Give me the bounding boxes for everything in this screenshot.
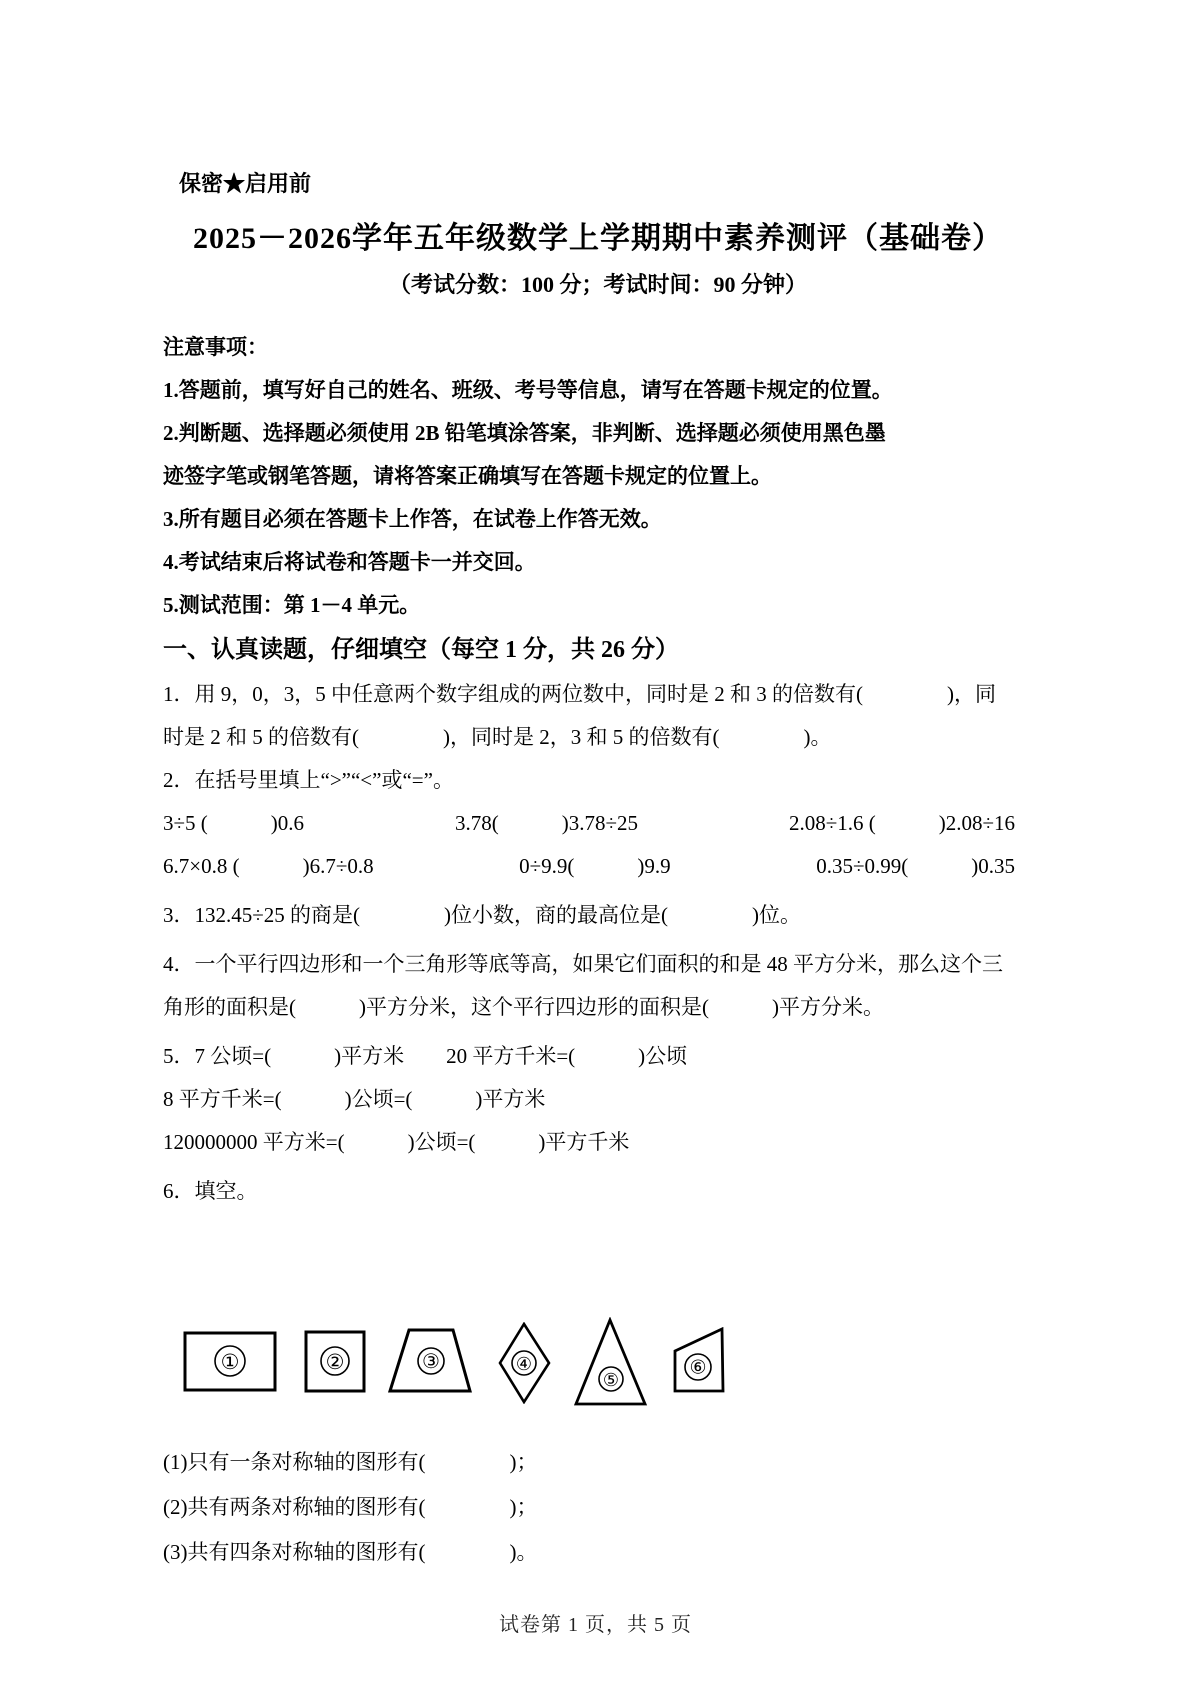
notice-line-4: 4.考试结束后将试卷和答题卡一并交回。 (163, 541, 1033, 584)
shape-rectangle: ① (183, 1331, 277, 1392)
q5-line2: 8 平方千米=( )公顷=( )平方米 (163, 1078, 1033, 1121)
q6-sub1: (1)只有一条对称轴的图形有( )； (163, 1440, 1033, 1485)
q2-row1-item1: 3÷5 ( )0.6 (163, 802, 304, 845)
shape-6-label: ⑥ (689, 1358, 706, 1379)
section-1-heading: 一、认真读题，仔细填空（每空 1 分，共 26 分） (163, 627, 1033, 673)
question-2: 2．在括号里填上“>”“<”或“=”。 3÷5 ( )0.6 3.78( )3.… (163, 759, 1033, 888)
q6-sub3: (3)共有四条对称轴的图形有( )。 (163, 1530, 1033, 1575)
q6-subquestions: (1)只有一条对称轴的图形有( )； (2)共有两条对称轴的图形有( )； (3… (163, 1440, 1033, 1575)
q1-line2: 时是 2 和 5 的倍数有( )，同时是 2，3 和 5 的倍数有( )。 (163, 716, 1033, 759)
shape-rhombus: ④ (498, 1322, 551, 1404)
q4-line2: 角形的面积是( )平方分米，这个平行四边形的面积是( )平方分米。 (163, 986, 1033, 1029)
notice-line-2: 2.判断题、选择题必须使用 2B 铅笔填涂答案，非判断、选择题必须使用黑色墨 (163, 412, 1033, 455)
notice-section: 注意事项： 1.答题前，填写好自己的姓名、班级、考号等信息，请写在答题卡规定的位… (163, 326, 1033, 627)
shape-4-label: ④ (516, 1354, 532, 1374)
question-6: 6．填空。 ① ② ③ (163, 1170, 1033, 1575)
question-5: 5．7 公顷=( )平方米 20 平方千米=( )公顷 8 平方千米=( )公顷… (163, 1035, 1033, 1164)
shape-1-label: ① (221, 1350, 240, 1374)
q4-line1: 4．一个平行四边形和一个三角形等底等高，如果它们面积的和是 48 平方分米，那么… (163, 943, 1033, 986)
q2-row2-item1: 6.7×0.8 ( )6.7÷0.8 (163, 845, 374, 888)
q2-row1-item3: 2.08÷1.6 ( )2.08÷16 (789, 802, 1015, 845)
shape-5-label: ⑤ (603, 1370, 619, 1390)
q5-line3: 120000000 平方米=( )公顷=( )平方千米 (163, 1121, 1033, 1164)
exam-subtitle: （考试分数：100 分；考试时间：90 分钟） (163, 268, 1033, 302)
page-footer: 试卷第 1 页，共 5 页 (0, 1608, 1191, 1637)
shape-quadrilateral: ⑥ (673, 1327, 726, 1394)
q1-line1: 1．用 9，0，3，5 中任意两个数字组成的两位数中，同时是 2 和 3 的倍数… (163, 673, 1033, 716)
q2-row1: 3÷5 ( )0.6 3.78( )3.78÷25 2.08÷1.6 ( )2.… (163, 802, 1015, 845)
exam-page: 保密★启用前 2025－2026学年五年级数学上学期期中素养测评（基础卷） （考… (0, 0, 1191, 1684)
notice-line-5: 5.测试范围：第 1－4 单元。 (163, 584, 1033, 627)
exam-title: 2025－2026学年五年级数学上学期期中素养测评（基础卷） (163, 218, 1033, 260)
notice-heading: 注意事项： (163, 326, 1033, 369)
notice-line-1: 1.答题前，填写好自己的姓名、班级、考号等信息，请写在答题卡规定的位置。 (163, 369, 1033, 412)
q6-label: 6．填空。 (163, 1170, 1033, 1213)
shape-2-label: ② (326, 1350, 345, 1374)
q6-sub2: (2)共有两条对称轴的图形有( )； (163, 1485, 1033, 1530)
question-3: 3．132.45÷25 的商是( )位小数，商的最高位是( )位。 (163, 894, 1033, 937)
shape-square: ② (304, 1330, 366, 1393)
q3-line: 3．132.45÷25 的商是( )位小数，商的最高位是( )位。 (163, 894, 1033, 937)
q2-row1-item2: 3.78( )3.78÷25 (455, 802, 638, 845)
question-1: 1．用 9，0，3，5 中任意两个数字组成的两位数中，同时是 2 和 3 的倍数… (163, 673, 1033, 759)
q2-row2-item2: 0÷9.9( )9.9 (519, 845, 671, 888)
question-4: 4．一个平行四边形和一个三角形等底等高，如果它们面积的和是 48 平方分米，那么… (163, 943, 1033, 1029)
q6-shapes-figure: ① ② ③ (163, 1317, 1033, 1412)
q5-line1: 5．7 公顷=( )平方米 20 平方千米=( )公顷 (163, 1035, 1033, 1078)
shape-trapezoid: ③ (388, 1328, 473, 1394)
shape-triangle: ⑤ (573, 1317, 648, 1407)
notice-line-3: 3.所有题目必须在答题卡上作答，在试卷上作答无效。 (163, 498, 1033, 541)
classified-label: 保密★启用前 (179, 172, 1033, 196)
q2-row2: 6.7×0.8 ( )6.7÷0.8 0÷9.9( )9.9 0.35÷0.99… (163, 845, 1015, 888)
q2-row2-item3: 0.35÷0.99( )0.35 (816, 845, 1015, 888)
notice-line-2-cont: 迹签字笔或钢笔答题，请将答案正确填写在答题卡规定的位置上。 (163, 455, 1033, 498)
q2-intro: 2．在括号里填上“>”“<”或“=”。 (163, 759, 1033, 802)
shape-3-label: ③ (422, 1351, 440, 1373)
